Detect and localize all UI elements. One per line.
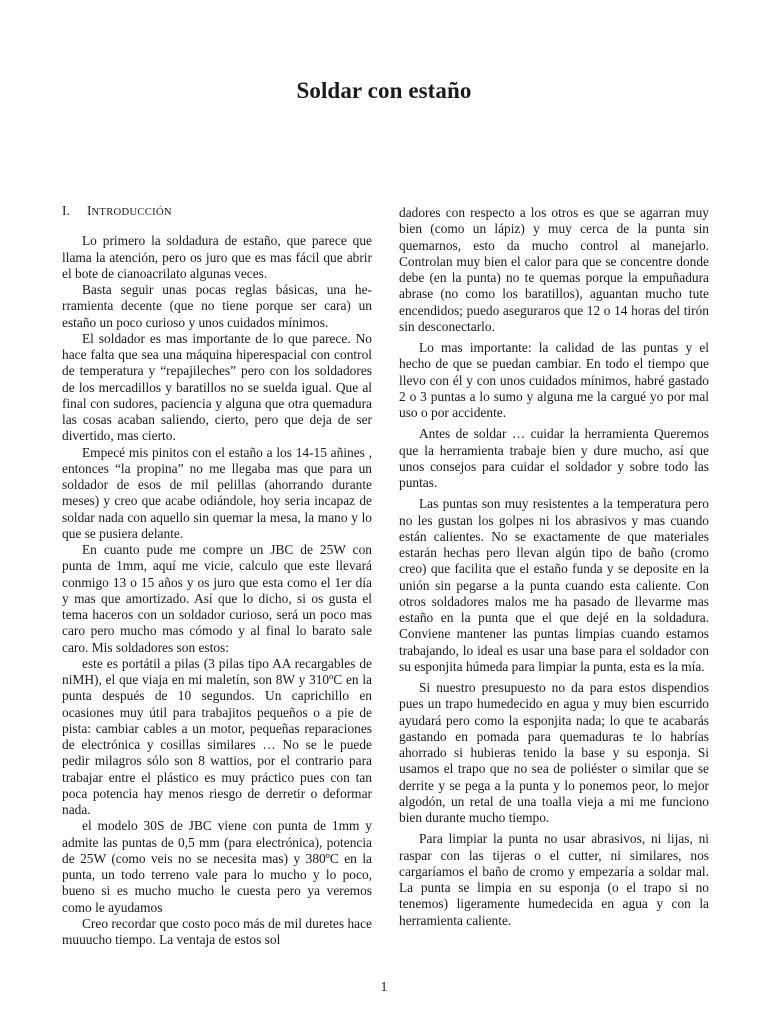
paragraph: En cuanto pude me compre un JBC de 25W c… bbox=[62, 542, 372, 656]
left-column: I.INTRODUCCIÓN Lo primero la soldadura d… bbox=[62, 203, 372, 948]
paragraph: Lo mas importante: la calidad de las pun… bbox=[399, 340, 709, 421]
paragraph: El soldador es mas importante de lo que … bbox=[62, 331, 372, 445]
paragraph-continued: dadores con respecto a los otros es que … bbox=[399, 205, 709, 335]
paragraph: Para limpiar la punta no usar abrasivos,… bbox=[399, 831, 709, 929]
paragraph: este es portátil a pilas (3 pilas tipo A… bbox=[62, 656, 372, 819]
right-column: dadores con respecto a los otros es que … bbox=[399, 205, 709, 929]
section-number: I. bbox=[62, 203, 87, 219]
page-number: 1 bbox=[0, 979, 768, 995]
paragraph: Las puntas son muy resistentes a la temp… bbox=[399, 496, 709, 675]
document-title: Soldar con estaño bbox=[0, 78, 768, 104]
paragraph: el modelo 30S de JBC viene con punta de … bbox=[62, 818, 372, 916]
section-heading: I.INTRODUCCIÓN bbox=[62, 203, 372, 221]
paragraph: Basta seguir unas pocas reglas básicas, … bbox=[62, 282, 372, 331]
paragraph: Creo recordar que costo poco más de mil … bbox=[62, 916, 372, 949]
section-heading-rest: NTRODUCCIÓN bbox=[91, 207, 171, 218]
paragraph: Si nuestro presupuesto no da para estos … bbox=[399, 680, 709, 826]
paragraph: Antes de soldar … cuidar la herramienta … bbox=[399, 426, 709, 491]
paragraph: Empecé mis pinitos con el estaño a los 1… bbox=[62, 445, 372, 543]
paragraph: Lo primero la soldadura de estaño, que p… bbox=[62, 233, 372, 282]
